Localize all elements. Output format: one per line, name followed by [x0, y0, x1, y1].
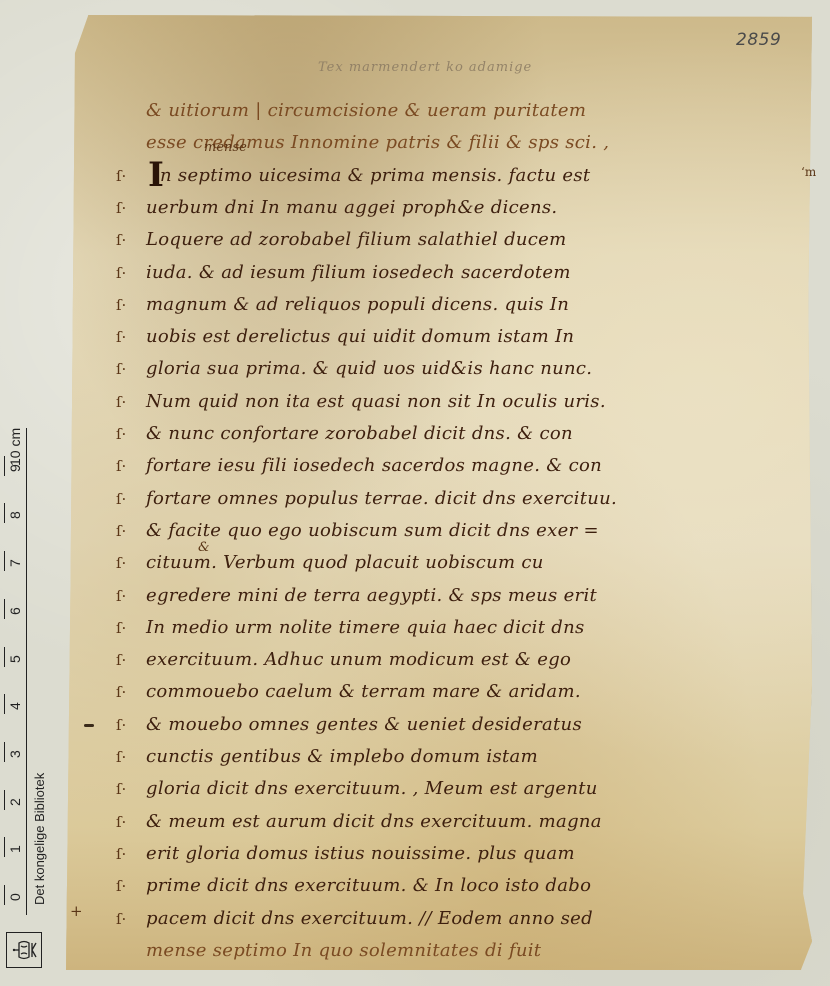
- margin-mark: ſ·: [116, 296, 126, 314]
- ruler-tick-label: 0: [7, 893, 23, 901]
- margin-dash: [84, 724, 94, 727]
- crown-icon: [11, 939, 37, 961]
- margin-mark: ſ·: [116, 457, 126, 475]
- manuscript-line: Loquere ad zorobabel filium salathiel du…: [146, 229, 566, 250]
- text-line: magnum & ad reliquos populi dicens. quis…: [146, 294, 569, 315]
- ruler-tick: [4, 647, 5, 667]
- margin-mark: ſ·: [116, 813, 126, 831]
- text-line: In septimo uicesima & prima mensis. fact…: [160, 165, 590, 186]
- margin-mark: ſ·: [116, 651, 126, 669]
- text-line: Loquere ad zorobabel filium salathiel du…: [146, 229, 566, 250]
- text-line: In medio urm nolite timere quia haec dic…: [146, 617, 585, 638]
- header-annotation: Tex marmendert ko adamige: [318, 60, 532, 75]
- text-line: uerbum dni In manu aggei proph&e dicens.: [146, 197, 557, 218]
- ruler-tick-label: 7: [7, 559, 23, 567]
- margin-mark: ſ·: [116, 231, 126, 249]
- right-margin-mark: ʻm: [801, 165, 816, 179]
- margin-mark: ſ·: [116, 683, 126, 701]
- text-line: fortare omnes populus terrae. dicit dns …: [146, 488, 617, 509]
- ruler-axis: [26, 428, 27, 905]
- ruler-tick: [4, 837, 5, 857]
- text-line: & facite quo ego uobiscum sum dicit dns …: [146, 520, 599, 541]
- margin-mark: ſ·: [116, 716, 126, 734]
- ruler-tick: [4, 456, 5, 476]
- ruler-tick-label: 2: [7, 798, 23, 806]
- margin-mark: ſ·: [116, 360, 126, 378]
- manuscript-line: In medio urm nolite timere quia haec dic…: [146, 617, 585, 638]
- text-line: exercituum. Adhuc unum modicum est & ego: [146, 649, 571, 670]
- library-logo: [6, 932, 42, 968]
- manuscript-line: fortare omnes populus terrae. dicit dns …: [146, 488, 617, 509]
- text-line: Num quid non ita est quasi non sit In oc…: [146, 391, 606, 412]
- text-line: egredere mini de terra aegypti. & sps me…: [146, 585, 597, 606]
- text-line: erit gloria domus istius nouissime. plus…: [146, 843, 575, 864]
- ruler-tick-label: 8: [7, 512, 23, 520]
- manuscript-line: commouebo caelum & terram mare & aridam.: [146, 681, 581, 702]
- ruler-tick: [4, 885, 5, 905]
- margin-mark: ſ·: [116, 264, 126, 282]
- manuscript-line: pacem dicit dns exercituum. // Eodem ann…: [146, 908, 593, 929]
- margin-mark: ſ·: [116, 393, 126, 411]
- text-line: & nunc confortare zorobabel dicit dns. &…: [146, 423, 573, 444]
- margin-mark: ſ·: [116, 522, 126, 540]
- margin-mark: ſ·: [116, 845, 126, 863]
- text-line: & uitiorum | circumcisione & ueram purit…: [146, 100, 586, 121]
- text-line: pacem dicit dns exercituum. // Eodem ann…: [146, 908, 593, 929]
- margin-mark: ſ·: [116, 328, 126, 346]
- text-line: & mouebo omnes gentes & ueniet desiderat…: [146, 714, 582, 735]
- ruler-tick-label: 3: [7, 750, 23, 758]
- text-line: fortare iesu fili iosedech sacerdos magn…: [146, 455, 602, 476]
- margin-mark: ſ·: [116, 780, 126, 798]
- manuscript-line: n septimo uicesima & prima mensis. factu…: [160, 165, 590, 186]
- manuscript-line: cituum. Verbum quod placuit uobiscum cu: [146, 552, 544, 573]
- manuscript-line: prime dicit dns exercituum. & In loco is…: [146, 875, 591, 896]
- ruler-tick: [4, 790, 5, 810]
- decorated-initial: I: [148, 155, 164, 195]
- ruler-tick-label: 4: [7, 702, 23, 710]
- text-line: uobis est derelictus qui uidit domum ist…: [146, 326, 574, 347]
- text-line: cituum. Verbum quod placuit uobiscum cu: [146, 552, 544, 573]
- manuscript-line: erit gloria domus istius nouissime. plus…: [146, 843, 575, 864]
- ruler-tick-label: 6: [7, 607, 23, 615]
- ruler-tick-label: 5: [7, 655, 23, 663]
- interlinear-gloss: mense: [204, 140, 247, 155]
- manuscript-line: gloria dicit dns exercituum. , Meum est …: [146, 778, 598, 799]
- text-line: commouebo caelum & terram mare & aridam.: [146, 681, 581, 702]
- margin-mark: ſ·: [116, 877, 126, 895]
- margin-mark: ſ·: [116, 199, 126, 217]
- manuscript-line: cunctis gentibus & implebo domum istam: [146, 746, 538, 767]
- margin-cross-mark: +: [70, 902, 83, 920]
- text-line: gloria dicit dns exercituum. , Meum est …: [146, 778, 598, 799]
- text-line: & meum est aurum dicit dns exercituum. m…: [146, 811, 602, 832]
- manuscript-line: & meum est aurum dicit dns exercituum. m…: [146, 811, 602, 832]
- ruler-unit-label: 10 cm: [7, 428, 23, 466]
- manuscript-line: gloria sua prima. & quid uos uid&is hanc…: [146, 358, 592, 379]
- manuscript-line: magnum & ad reliquos populi dicens. quis…: [146, 294, 569, 315]
- institution-label: Det kongelige Bibliotek: [32, 773, 47, 905]
- text-line: mense septimo In quo solemnitates di fui…: [146, 940, 541, 961]
- text-line: prime dicit dns exercituum. & In loco is…: [146, 875, 591, 896]
- margin-mark: ſ·: [116, 748, 126, 766]
- interlinear-gloss-ampersand: &: [198, 540, 210, 555]
- text-line: iuda. & ad iesum filium iosedech sacerdo…: [146, 262, 571, 283]
- margin-mark: ſ·: [116, 167, 126, 185]
- manuscript-line: & facite quo ego uobiscum sum dicit dns …: [146, 520, 599, 541]
- ruler-tick: [4, 503, 5, 523]
- ruler-tick-label: 1: [7, 846, 23, 854]
- margin-mark: ſ·: [116, 554, 126, 572]
- manuscript-line: uerbum dni In manu aggei proph&e dicens.: [146, 197, 557, 218]
- margin-mark: ſ·: [116, 425, 126, 443]
- margin-mark: ſ·: [116, 587, 126, 605]
- manuscript-line: & nunc confortare zorobabel dicit dns. &…: [146, 423, 573, 444]
- manuscript-line: fortare iesu fili iosedech sacerdos magn…: [146, 455, 602, 476]
- ruler-tick: [4, 599, 5, 619]
- margin-mark: ſ·: [116, 910, 126, 928]
- text-line: cunctis gentibus & implebo domum istam: [146, 746, 538, 767]
- margin-mark: ſ·: [116, 619, 126, 637]
- manuscript-line: iuda. & ad iesum filium iosedech sacerdo…: [146, 262, 571, 283]
- margin-mark: ſ·: [116, 490, 126, 508]
- ruler-tick: [4, 694, 5, 714]
- manuscript-line: uobis est derelictus qui uidit domum ist…: [146, 326, 574, 347]
- ruler-tick: [4, 551, 5, 571]
- ruler-tick: [4, 742, 5, 762]
- manuscript-line: & uitiorum | circumcisione & ueram purit…: [146, 100, 586, 121]
- manuscript-line: & mouebo omnes gentes & ueniet desiderat…: [146, 714, 582, 735]
- manuscript-line: egredere mini de terra aegypti. & sps me…: [146, 585, 597, 606]
- manuscript-line: mense septimo In quo solemnitates di fui…: [146, 940, 541, 961]
- manuscript-line: exercituum. Adhuc unum modicum est & ego: [146, 649, 571, 670]
- shelfmark-number: 2859: [736, 30, 781, 50]
- text-line: gloria sua prima. & quid uos uid&is hanc…: [146, 358, 592, 379]
- manuscript-line: Num quid non ita est quasi non sit In oc…: [146, 391, 606, 412]
